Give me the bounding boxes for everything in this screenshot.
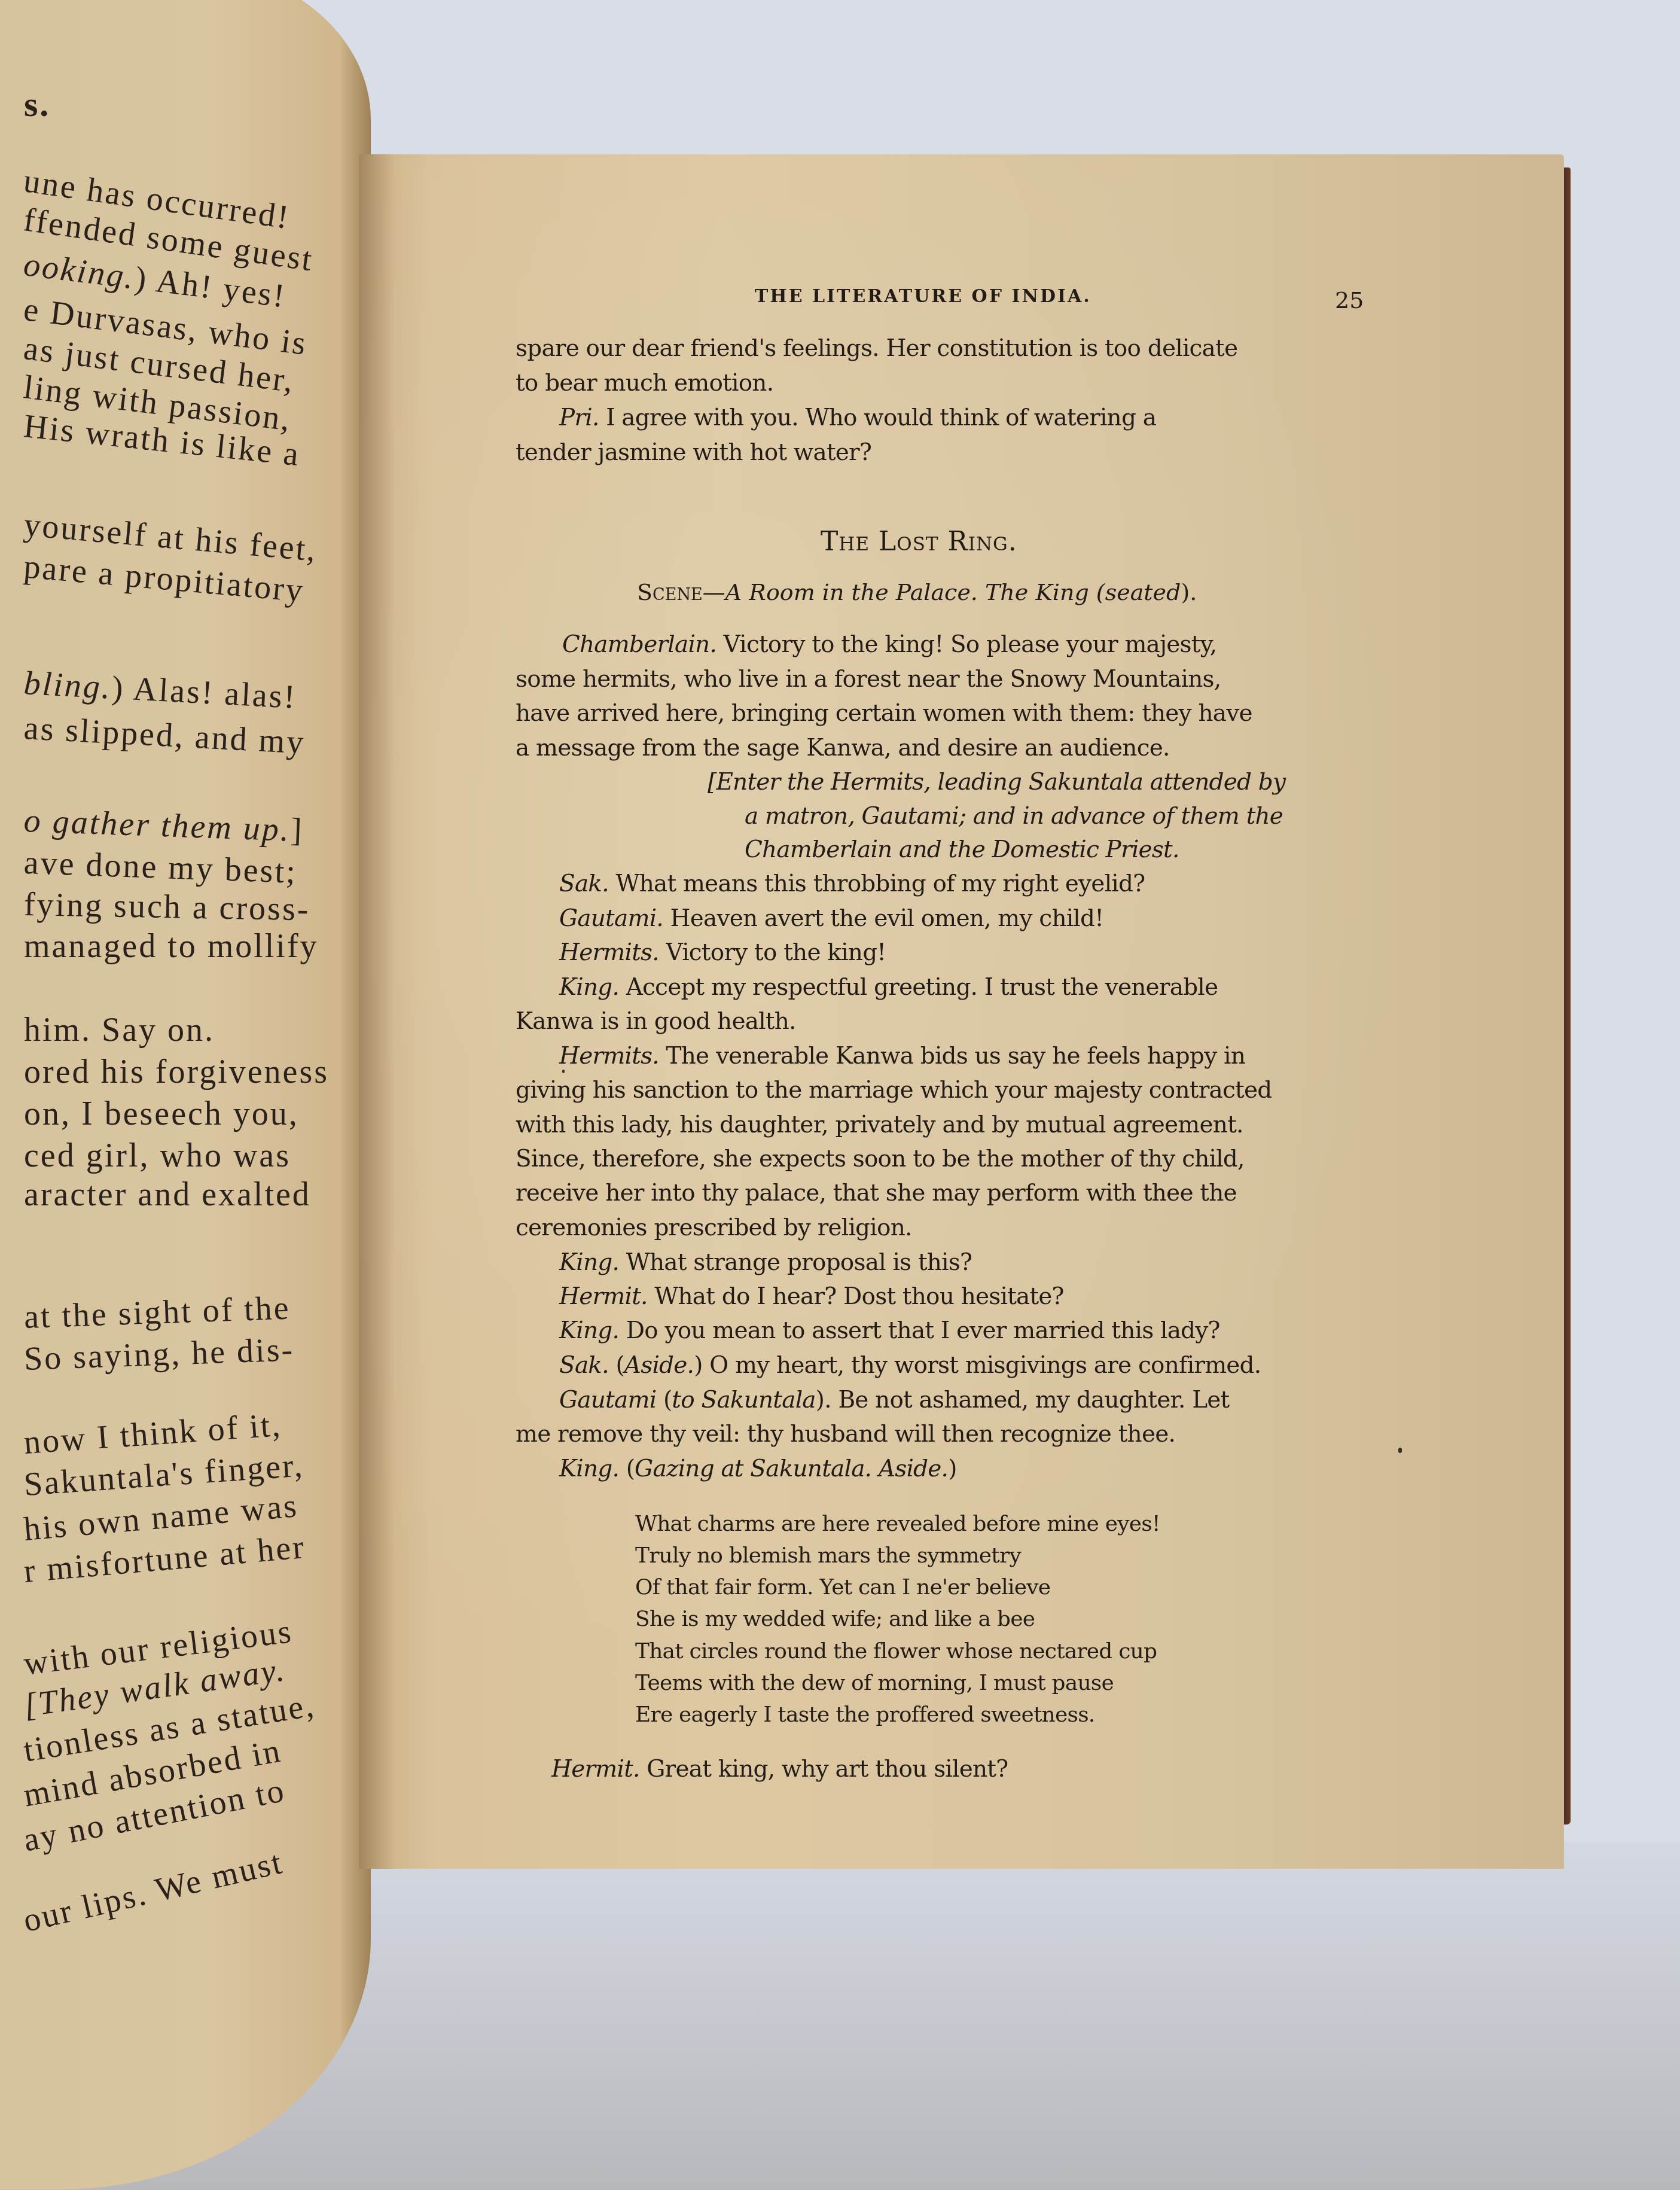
verse-line: Teems with the dew of morning, I must pa… — [635, 1671, 1114, 1695]
dialogue-line: King. (Gazing at Sakuntala. Aside.) — [559, 1455, 957, 1482]
text-line: Kanwa is in good health. — [516, 1008, 796, 1035]
text-line: receive her into thy palace, that she ma… — [516, 1180, 1237, 1207]
text-line: with this lady, his daughter, privately … — [516, 1111, 1243, 1138]
speaker-name: King. — [559, 1455, 619, 1482]
running-head: THE LITERATURE OF INDIA. — [755, 286, 1091, 307]
speaker-name: King. — [559, 974, 619, 1001]
dialogue-line: King. What strange proposal is this? — [559, 1249, 972, 1276]
verse-line: What charms are here revealed before min… — [635, 1512, 1160, 1536]
speaker-name: Gautami. — [559, 905, 663, 932]
dialogue-line: Hermit. Great king, why art thou silent? — [551, 1756, 1008, 1783]
dialogue-line: King. Accept my respectful greeting. I t… — [559, 974, 1218, 1001]
text-line: have arrived here, bringing certain wome… — [516, 700, 1252, 727]
paper-speck — [562, 1070, 565, 1073]
text-line: ceremonies prescribed by religion. — [516, 1214, 912, 1241]
verse-line: Of that fair form. Yet can I ne'er belie… — [635, 1575, 1050, 1600]
speaker-name: Sak. — [559, 870, 609, 897]
speaker-name: Pri. — [559, 404, 599, 431]
speaker-name: Hermits. — [559, 1043, 659, 1070]
dialogue-line: Hermit. What do I hear? Dost thou hesita… — [559, 1283, 1064, 1310]
dialogue-line: King. Do you mean to assert that I ever … — [559, 1317, 1220, 1344]
stage-direction: Chamberlain and the Domestic Priest. — [745, 836, 1179, 863]
left-heading-fragment: s. — [24, 84, 50, 125]
page-number: 25 — [1335, 287, 1364, 313]
stage-direction: [Enter the Hermits, leading Sakuntala at… — [708, 769, 1285, 796]
text-line: Since, therefore, she expects soon to be… — [516, 1146, 1245, 1172]
left-line: managed to mollify — [24, 927, 319, 965]
verse-line: She is my wedded wife; and like a bee — [635, 1607, 1035, 1631]
dialogue-line: Gautami. Heaven avert the evil omen, my … — [559, 905, 1103, 932]
text-line: a message from the sage Kanwa, and desir… — [516, 735, 1170, 762]
left-line: on, I beseech you, — [24, 1095, 299, 1133]
dialogue-line: Hermits. The venerable Kanwa bids us say… — [559, 1043, 1245, 1070]
left-line: him. Say on. — [24, 1011, 215, 1049]
left-line: aracter and exalted — [24, 1175, 311, 1214]
verse-line: Truly no blemish mars the symmetry — [635, 1543, 1021, 1568]
left-line: ored his forgiveness — [24, 1053, 329, 1091]
dialogue-line: Hermits. Victory to the king! — [559, 939, 886, 966]
left-line: fying such a cross- — [23, 885, 310, 928]
speaker-name: Sak. — [559, 1352, 609, 1379]
speaker-name: Hermit. — [559, 1283, 648, 1310]
paper-speck — [1398, 1448, 1402, 1453]
speaker-name: King. — [559, 1249, 619, 1276]
verse-line: That circles round the flower whose nect… — [635, 1639, 1157, 1664]
text-line: spare our dear friend's feelings. Her co… — [516, 335, 1237, 362]
dialogue-line: Pri. I agree with you. Who would think o… — [559, 404, 1156, 431]
speaker-name: Hermit. — [551, 1756, 640, 1783]
speaker-name: Chamberlain. — [562, 631, 716, 658]
text-line: giving his sanction to the marriage whic… — [516, 1077, 1272, 1104]
dialogue-line: Sak. (Aside.) O my heart, thy worst misg… — [559, 1352, 1261, 1379]
speaker-name: King. — [559, 1317, 619, 1344]
text-line: me remove thy veil: thy husband will the… — [516, 1421, 1175, 1448]
left-line: ced girl, who was — [24, 1137, 291, 1175]
verse-line: Ere eagerly I taste the proffered sweetn… — [635, 1702, 1094, 1727]
speaker-name: Hermits. — [559, 939, 659, 966]
dialogue-line: Gautami (to Sakuntala). Be not ashamed, … — [559, 1387, 1229, 1414]
stage-direction: a matron, Gautami; and in advance of the… — [745, 803, 1283, 830]
scene-heading: Scene—A Room in the Palace. The King (se… — [637, 579, 1197, 605]
speaker-name: Gautami — [559, 1387, 656, 1414]
text-line: some hermits, who live in a forest near … — [516, 666, 1221, 693]
text-line: to bear much emotion. — [516, 370, 773, 397]
dialogue-line: Sak. What means this throbbing of my rig… — [559, 870, 1145, 897]
section-title: The Lost Ring. — [821, 526, 1017, 557]
dialogue-line: Chamberlain. Victory to the king! So ple… — [562, 631, 1216, 658]
text-line: tender jasmine with hot water? — [516, 439, 871, 466]
